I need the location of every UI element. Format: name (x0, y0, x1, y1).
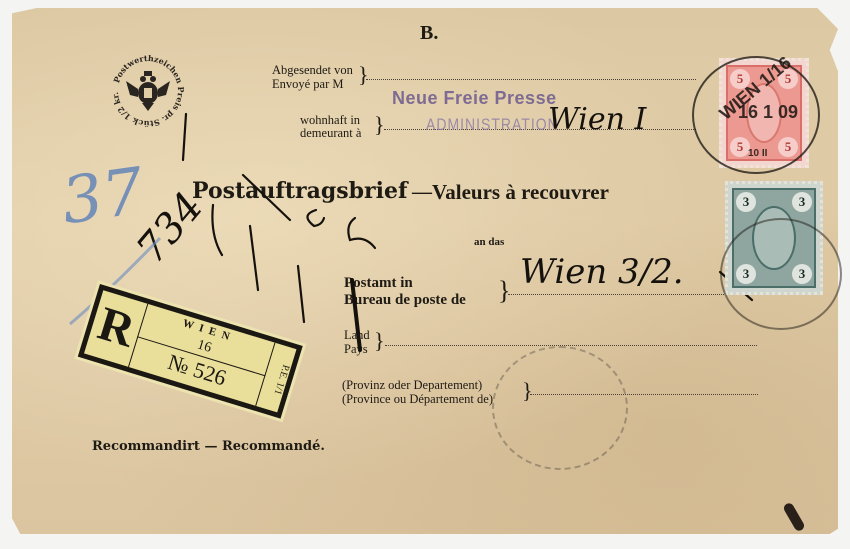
postmark-cancel: WIEN 1/16 16 1 09 10 II (692, 56, 820, 174)
postmark-cancel-2 (720, 218, 842, 330)
postmark-date: 16 1 09 (738, 102, 798, 123)
postmark-time: 10 II (748, 148, 767, 159)
